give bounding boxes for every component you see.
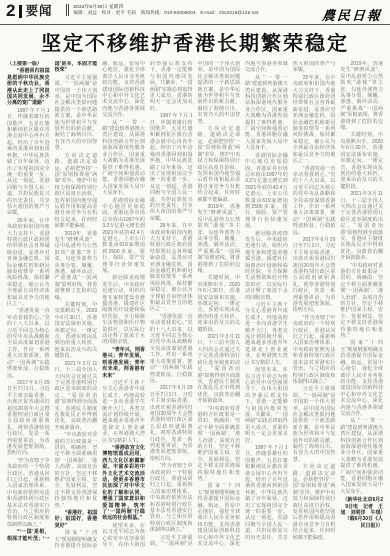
article-paragraph: “中央政府对香港的方针政策是一贯的、明确的：坚定不移全面准确贯彻‘一国两制’、‘…: [55, 432, 98, 509]
article-paragraph: 方向决定道路，道路决定命运。必须把坚持“一国”原则和尊重“两制”差异、维护中央权…: [198, 126, 241, 203]
article-paragraph: （上接第一版）: [7, 61, 50, 67]
article-columns: （上接第一版）“香港回归祖国是彪炳中华民族史册的千秋功业，香港从此走上了同祖国共…: [7, 61, 383, 550]
article-paragraph: 从“一带一路”建设到粤港澳大湾区建设，从深港科技创新合作区到前海深港现代服务业合…: [102, 120, 145, 197]
article-paragraph: 2017年6月29日至7月1日，习近平主席亲临香港，出席庆祝香港回归祖国20周年…: [293, 237, 336, 314]
article-paragraph: 香港国际金融中心地位更加稳固。香港证券市场总市值由1997年的3.2万亿港元增长…: [102, 198, 145, 275]
article-paragraph: 国家“十四五”规划纲要明确支持香港提升国际金融、航运、贸易中心地位，强化全球离岸…: [340, 340, 383, 417]
article-paragraph: 2019年，香港发生“修例风波”，反中乱港势力公然鼓吹“港独”等主张，勾连外部势…: [340, 61, 383, 131]
article-paragraph: 香港国际金融中心地位更加稳固。香港证券市场总市值由1997年的3.2万亿港元增长…: [245, 153, 288, 230]
article-paragraph: 2021年3月11日，十三届全国人大四次会议通过关于完善香港特别行政区选举制度的…: [55, 361, 98, 431]
page-header: 2 要闻 2022年6月30日 星期四 编辑：刘远 校对：赵平 毛莉 新闻热线：…: [0, 0, 390, 22]
article-paragraph: “香港好，祖国好；祖国好，香港更好”: [55, 510, 98, 529]
article-paragraph: “作为直辖于中央政府的一个特别行政区，香港从回归之日起，重新纳入国家治理体系。中…: [293, 315, 336, 385]
article-paragraph: 习近平主席十分关心香港青年成长成才。内地高校进一步向香港学生敞开大门，各类交流计…: [102, 380, 145, 444]
section-divider-bar: [19, 5, 22, 18]
article-paragraph: 2021年3月11日，十三届全国人大四次会议通过关于完善香港特别行政区选举制度的…: [340, 191, 383, 261]
article-paragraph: 25年来，在中央政府和祖国内地大力支持下，香港特别行政区政府团结带领社会各界砥砺…: [150, 223, 193, 313]
article-paragraph: 关键时刻，中央果断出手。2020年6月30日，香港国安法颁布实施，举旗定向、一锤…: [198, 275, 241, 333]
article-paragraph: “青年兴，则香港兴；青年发展，则香港发展；青年有未来，则香港有未来”: [102, 347, 145, 379]
article-paragraph: 25年来，在中央政府和祖国内地大力支持下，香港特别行政区政府团结带领社会各界砥砺…: [7, 218, 50, 308]
article-paragraph: 方向决定道路，道路决定命运。必须把坚持“一国”原则和尊重“两制”差异、维护中央权…: [55, 153, 98, 230]
article-paragraph: “香港发展一直牵动着我的心。”党的十八大以来，以习近平同志为核心的党中央从战略和…: [293, 166, 336, 236]
article-paragraph: 1997年7月1日，伴随着雄壮的国歌声，五星红旗和紫荆花区旗在香港会展中心冉冉升…: [7, 108, 50, 217]
editor-line: 编辑：刘远 校对：赵平 毛莉 新闻热线：010-84006004 E-mail：…: [73, 10, 258, 16]
article-paragraph: 从“一带一路”建设到粤港澳大湾区建设，从深港科技创新合作区到前海深港现代服务业合…: [340, 418, 383, 495]
article-paragraph: 关键时刻，中央果断出手。2020年6月30日，香港国安法颁布实施，举旗定向、一锤…: [340, 132, 383, 190]
article-paragraph: 从“一带一路”建设到粤港澳大湾区建设，从深港科技创新合作区到前海深港现代服务业合…: [245, 75, 288, 152]
article-paragraph: 2017年6月29日至7月1日，习近平主席亲临香港，出席庆祝香港回归祖国20周年…: [7, 380, 50, 457]
page-section-block: 2 要闻: [6, 4, 52, 18]
article-paragraph: 新冠肺炎疫情发生后，中央政府迅速行动，组织内地专家和建设者驰援香港，援建社区隔离…: [102, 275, 145, 345]
article-paragraph: 1997年7月1日，伴随着雄壮的国歌声，五星红旗和紫荆花区旗在香港会展中心冉冉升…: [150, 113, 193, 222]
section-label: 要闻: [25, 4, 52, 18]
article-paragraph: 25年来，在中央政府和祖国内地大力支持下，香港特别行政区政府团结带领社会各界砥砺…: [293, 75, 336, 165]
article-paragraph: “作为直辖于中央政府的一个特别行政区，香港从回归之日起，重新纳入国家治理体系。中…: [150, 463, 193, 533]
article-paragraph: 关键时刻，中央果断出手。2020年6月30日，香港国安法颁布实施，举旗定向、一锤…: [55, 302, 98, 360]
article-paragraph: “中央政府对香港的方针政策是一贯的、明确的：坚定不移全面准确贯彻‘一国两制’、‘…: [340, 263, 383, 340]
article-paragraph: 新冠肺炎疫情发生后，中央政府迅速行动，组织内地专家和建设者驰援香港，援建社区隔离…: [245, 231, 288, 301]
article-paragraph: “香港发展一直牵动着我的心。”党的十八大以来，以习近平同志为核心的党中央从战略和…: [7, 308, 50, 378]
page-number: 2: [6, 4, 15, 18]
article-paragraph: 习近平主席强调，“一国两制”是中国的一个伟大创举，是中国为国际社会解决类似问题提…: [293, 386, 336, 463]
article-paragraph: 2021年3月11日，十三届全国人大四次会议通过关于完善香港特别行政区选举制度的…: [198, 334, 241, 404]
article-paragraph: 展望未来，在以习近平同志为核心的党中央坚强领导下，在伟大祖国的坚强后盾支持下，香…: [245, 367, 288, 444]
article-paragraph: 2017年6月29日至7月1日，习近平主席亲临香港，出席庆祝香港回归祖国20周年…: [150, 385, 193, 462]
header-rule: [0, 24, 390, 25]
issue-info-block: 2022年6月30日 星期四 编辑：刘远 校对：赵平 毛莉 新闻热线：010-8…: [66, 4, 258, 16]
credit-line: （新华社北京6月29日电 记者 王旭 刘明洋 牛琪）（载6月30日《人民日报》）: [340, 497, 383, 529]
article-headline: 坚定不移维护香港长期繁荣稳定: [0, 32, 390, 56]
masthead-logo: 農民日報: [321, 5, 382, 24]
article-paragraph: 2019年，香港发生“修例风波”，反中乱港势力公然鼓吹“港独”等主张，勾连外部势…: [55, 231, 98, 301]
article-paragraph: 习近平主席强调，“一国两制”是中国的一个伟大创举，是中国为国际社会解决类似问题提…: [55, 75, 98, 152]
article-paragraph: 2019年，香港发生“修例风波”，反中乱港势力公然鼓吹“港独”等主张，勾连外部势…: [198, 204, 241, 274]
article-paragraph: “香港回归祖国是彪炳中华民族史册的千秋功业，香港从此走上了同祖国共同发展、永不分…: [7, 68, 50, 106]
article-paragraph: “作为直辖于中央政府的一个特别行政区，香港从回归之日起，重新纳入国家治理体系。中…: [7, 458, 50, 528]
article-paragraph: “香港发展一直牵动着我的心。”党的十八大以来，以习近平同志为核心的党中央从战略和…: [150, 314, 193, 384]
newspaper-page: 2 要闻 2022年6月30日 星期四 编辑：刘远 校对：赵平 毛莉 新闻热线：…: [0, 0, 390, 556]
article-paragraph: “香港故宫文化博物馆落成启用，西九文化区崭露新姿。丰富多彩的中外文化艺术交流活动…: [102, 445, 145, 522]
article-paragraph: 习近平主席十分关心香港青年成长成才。内地高校进一步向香港学生敞开大门，各类交流计…: [245, 302, 288, 366]
article-paragraph: “中央政府对香港的方针政策是一贯的、明确的：坚定不移全面准确贯彻‘一国两制’、‘…: [198, 406, 241, 483]
article-paragraph: 方向决定道路，道路决定命运。必须把坚持“一国”原则和尊重“两制”差异、维护中央权…: [293, 464, 336, 541]
